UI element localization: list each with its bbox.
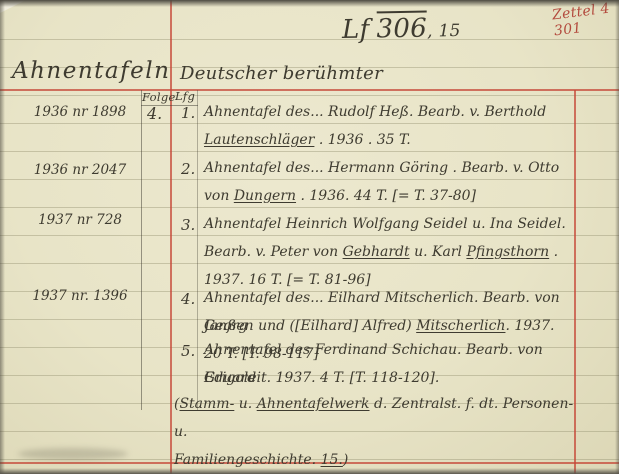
catalog-entry: Ahnentafel Heinrich Wolfgang Seidel u. I… xyxy=(204,210,574,294)
catalog-entry: Ahnentafel des... Hermann Göring . Bearb… xyxy=(204,154,574,210)
series-footnote: (Stamm- u. Ahnentafelwerk d. Zentralst. … xyxy=(174,390,574,474)
entry-number: 5. xyxy=(181,342,195,360)
accession-number: 1937 nr 728 xyxy=(24,212,136,228)
column-header-lfg: Lfg xyxy=(175,89,195,103)
entry-line: Ahnentafel des... Rudolf Heß. Bearb. v. … xyxy=(204,98,574,126)
shelfmark-prefix: Lf xyxy=(342,15,370,45)
scanned-catalog-card-photo: Lf306, 15 Zettel 4 301 Ahnentafeln Deuts… xyxy=(0,0,619,474)
entry-number: 2. xyxy=(181,160,195,178)
entry-line: Bearb. v. Peter von Gebhardt u. Karl Pfi… xyxy=(204,238,574,266)
entry-line: von Dungern . 1936. 44 T. [= T. 37-80] xyxy=(204,182,574,210)
entry-line: Grigoleit. 1937. 4 T. [T. 118-120]. xyxy=(204,364,574,392)
card-edge-bottom xyxy=(0,468,619,474)
card-edge-right xyxy=(615,0,619,474)
card-title-left: Ahnentafeln xyxy=(12,58,170,84)
underlined-volume-number: 15. xyxy=(321,452,343,468)
card-edge-top xyxy=(0,0,619,7)
column-line-lfg-right xyxy=(197,90,198,410)
card-edge-left xyxy=(0,0,5,474)
red-horizontal-rule-header xyxy=(0,89,619,91)
catalog-entry: Ahnentafel des... Eilhard Mitscherlich. … xyxy=(204,284,574,340)
underlined-name: Dungern xyxy=(234,188,296,204)
paper-smudge xyxy=(18,448,128,460)
accession-number: 1937 nr. 1396 xyxy=(24,288,136,304)
entry-number: 3. xyxy=(181,216,195,234)
entry-line: Lautenschläger . 1936 . 35 T. xyxy=(204,126,574,154)
entry-line: Ahnentafel des... Hermann Göring . Bearb… xyxy=(204,154,574,182)
shelfmark-suffix: , 15 xyxy=(427,21,461,42)
accession-number: 1936 nr 2047 xyxy=(24,162,136,178)
underlined-series-word: Stamm- xyxy=(179,396,234,412)
folge-value: 4. xyxy=(147,104,162,123)
shelfmark: Lf306, 15 xyxy=(342,13,461,45)
entry-line: Ahnentafel des... Eilhard Mitscherlich. … xyxy=(204,284,574,312)
column-header-folge: Folge xyxy=(142,90,176,104)
underlined-series-word: Ahnentafelwerk xyxy=(257,396,370,412)
underlined-name: Mitscherlich xyxy=(416,318,505,334)
card-title-right: Deutscher berühmter xyxy=(180,63,383,84)
card-paper: Lf306, 15 Zettel 4 301 Ahnentafeln Deuts… xyxy=(0,0,619,474)
catalog-entry: Ahnentafel des Ferdinand Schichau. Bearb… xyxy=(204,336,574,392)
column-line-folge-left xyxy=(141,90,142,410)
catalog-entry: Ahnentafel des... Rudolf Heß. Bearb. v. … xyxy=(204,98,574,154)
underlined-name: Gebhardt xyxy=(343,244,410,260)
accession-number: 1936 nr 1898 xyxy=(24,104,136,120)
underlined-name: Lautenschläger xyxy=(204,132,314,148)
shelfmark-number: 306 xyxy=(376,11,427,45)
underlined-name: Pfingsthorn xyxy=(466,244,549,260)
entry-number: 4. xyxy=(181,290,195,308)
entry-line: Ahnentafel des Ferdinand Schichau. Bearb… xyxy=(204,336,574,364)
footnote-line: (Stamm- u. Ahnentafelwerk d. Zentralst. … xyxy=(174,390,574,446)
entry-number: 1. xyxy=(181,104,195,122)
entry-line: Ahnentafel Heinrich Wolfgang Seidel u. I… xyxy=(204,210,574,238)
red-vertical-rule-right-margin xyxy=(574,90,576,474)
